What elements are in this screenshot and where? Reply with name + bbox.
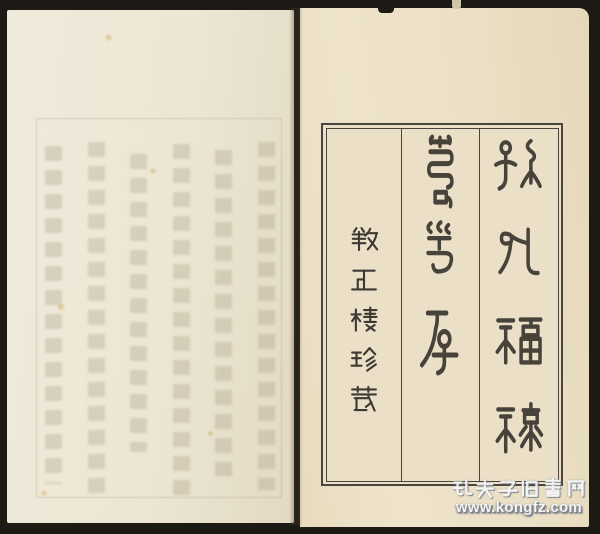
kongfz-logo-char	[474, 477, 496, 499]
kongfz-logo-char	[451, 477, 473, 499]
clerical-char	[349, 265, 379, 295]
clerical-char	[349, 345, 379, 375]
title-box-inner-border	[326, 128, 559, 482]
bleed-through-text	[45, 142, 275, 498]
seal-char	[491, 135, 547, 203]
bleed-through-column	[88, 142, 105, 494]
colophon-column	[327, 129, 401, 481]
clerical-char	[349, 225, 379, 255]
seal-char	[491, 222, 547, 290]
paper-sliver	[452, 0, 461, 9]
center-fold	[289, 8, 303, 525]
bleed-through-column	[258, 142, 275, 490]
foxing-spot	[40, 489, 48, 497]
kongfz-logo-char	[565, 477, 587, 499]
bleed-through-column	[130, 154, 147, 452]
kongfz-logo-char	[542, 477, 564, 499]
foxing-spot	[149, 167, 157, 175]
bleed-through-column	[173, 144, 190, 498]
title-column-2	[402, 129, 479, 481]
seal-char	[491, 398, 547, 468]
book-photo: www.kongfz.com	[0, 0, 600, 534]
seal-char	[411, 303, 469, 383]
kongfz-watermark: www.kongfz.com	[451, 477, 587, 516]
kongfz-url: www.kongfz.com	[451, 499, 587, 516]
left-page	[7, 10, 294, 523]
seal-char	[412, 218, 468, 288]
title-column-1	[480, 129, 558, 481]
foxing-spot	[104, 33, 113, 42]
kongfz-logo-char	[519, 477, 541, 499]
seal-char	[412, 133, 468, 212]
clerical-char	[349, 385, 379, 415]
foxing-spot	[207, 430, 214, 437]
kongfz-logo-text	[451, 477, 587, 499]
title-box-border	[321, 123, 563, 486]
foxing-spot	[56, 302, 66, 312]
kongfz-logo-char	[497, 477, 519, 499]
clerical-char	[349, 305, 379, 335]
binding-notch	[378, 8, 394, 13]
seal-char	[491, 309, 547, 379]
bleed-through-column	[215, 150, 232, 476]
bleed-through-column	[45, 146, 62, 484]
